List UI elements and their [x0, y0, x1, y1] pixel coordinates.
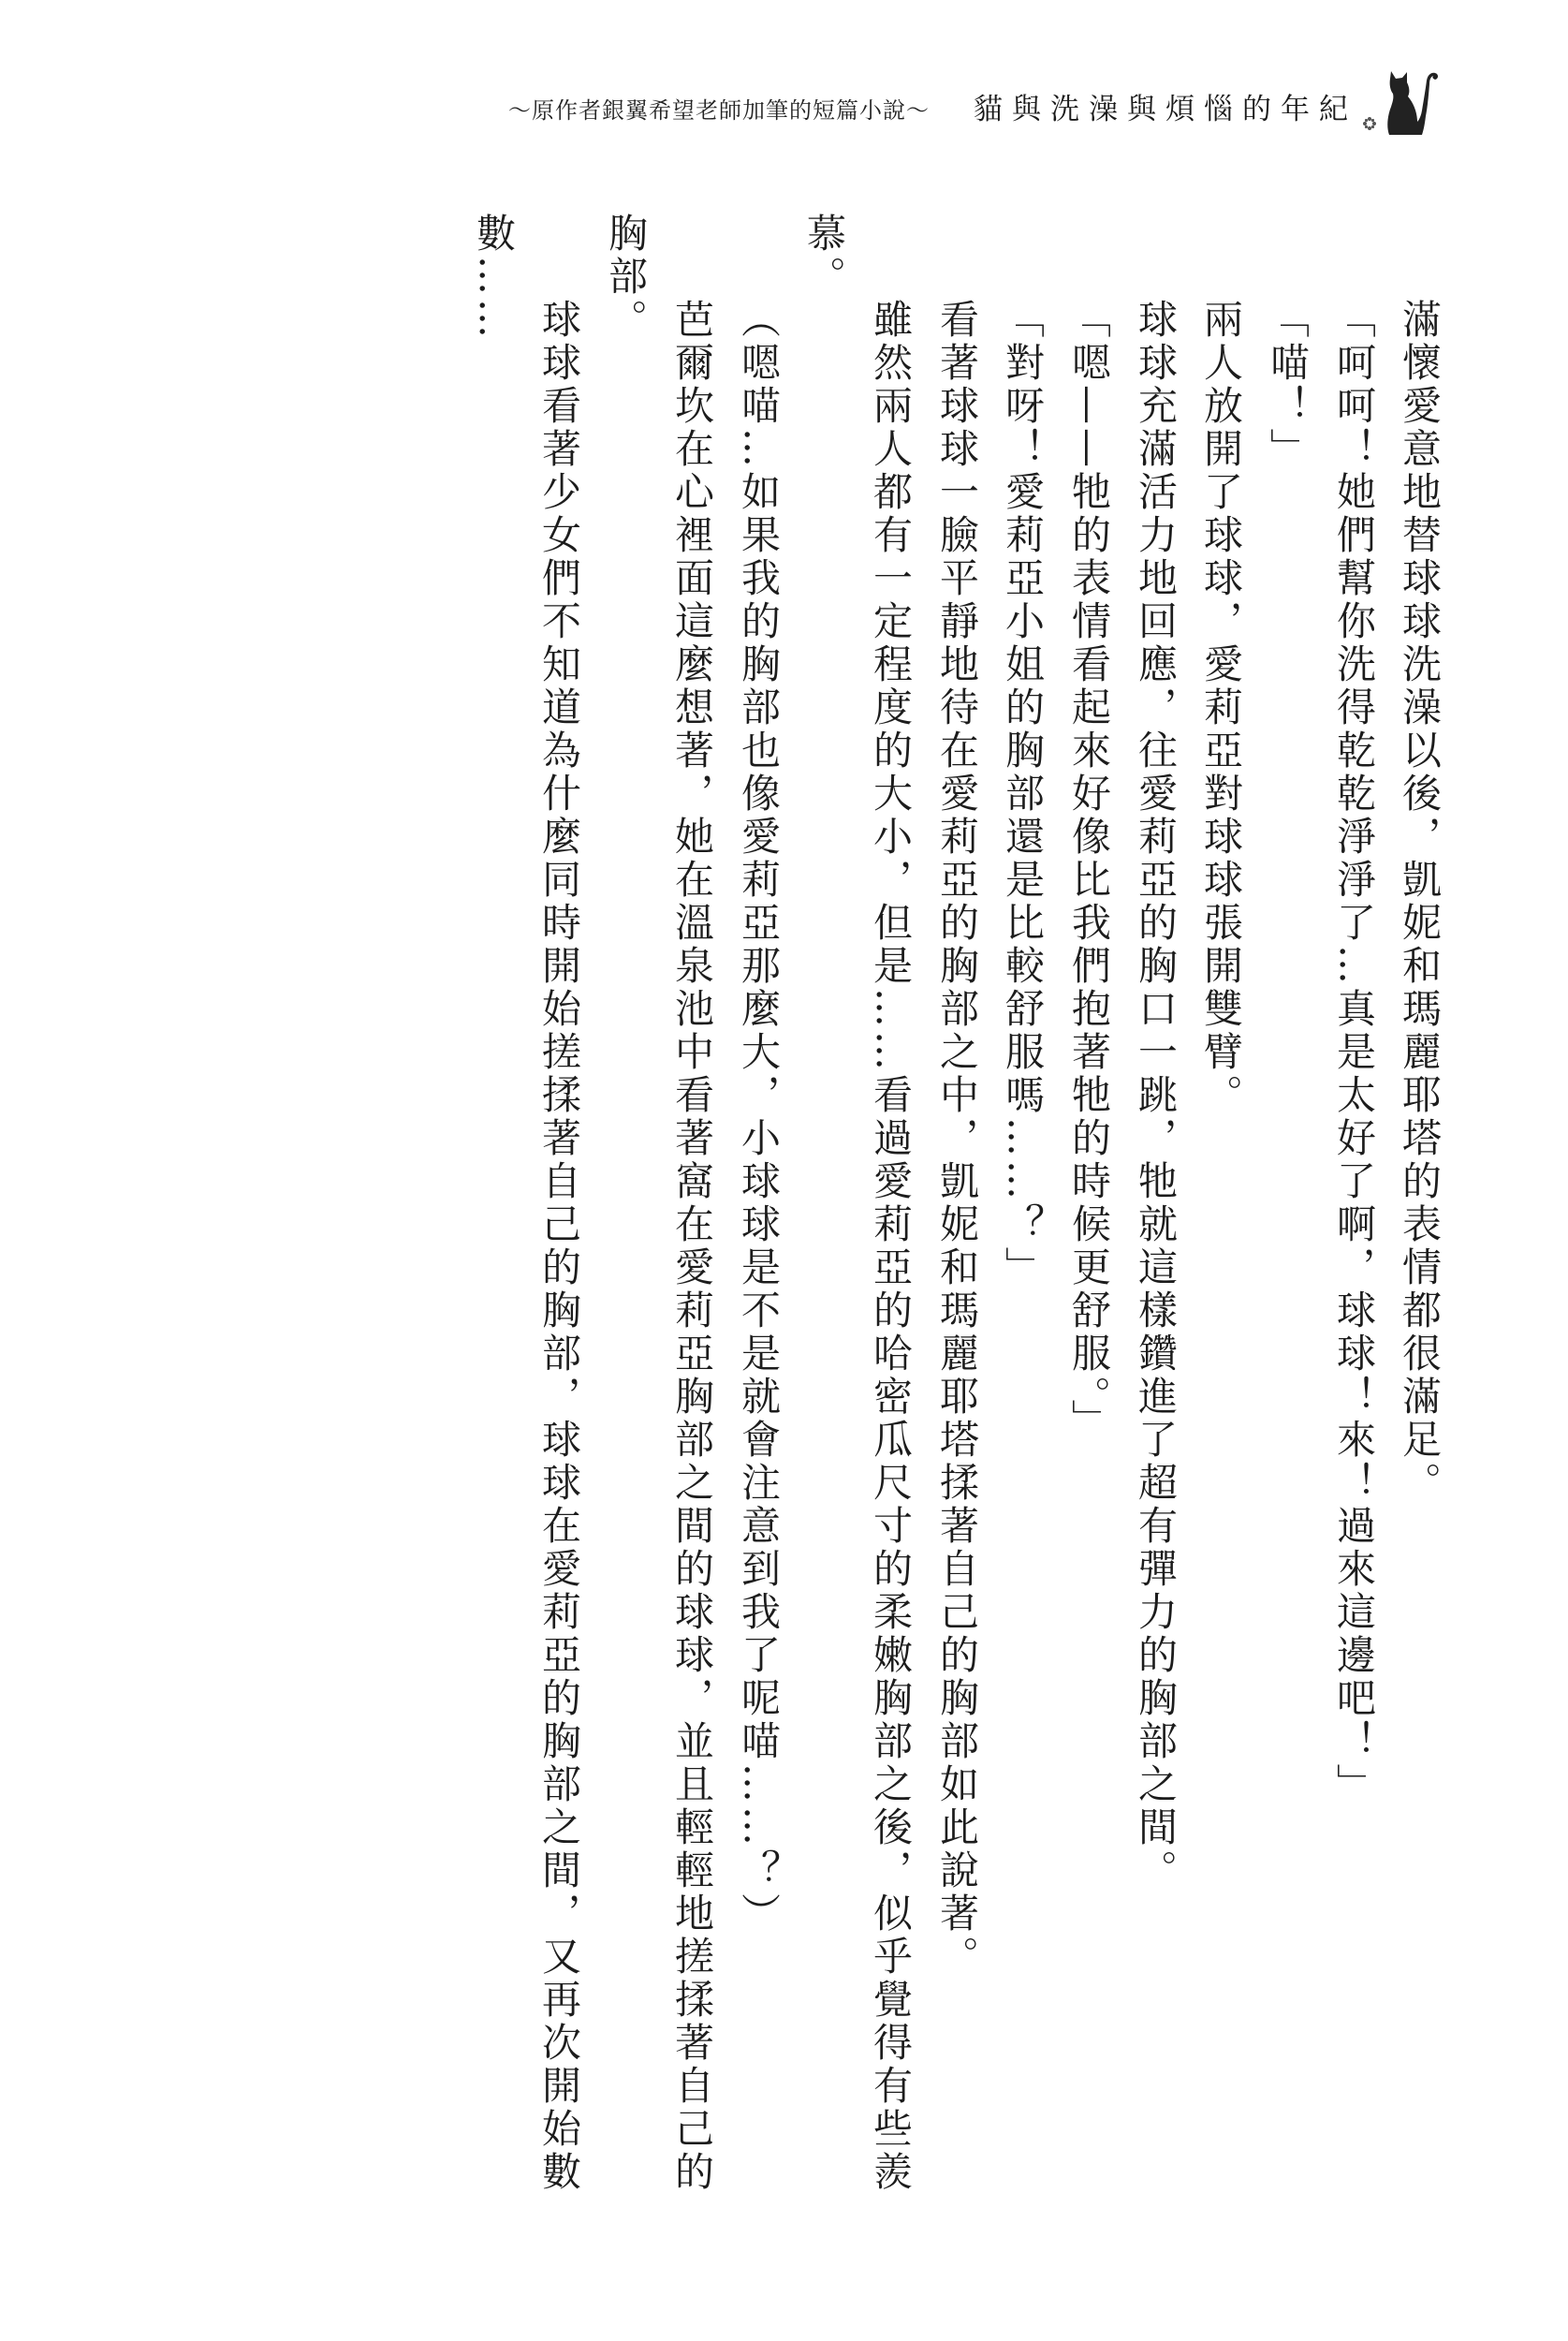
text-column-15: 數……	[461, 213, 527, 2194]
text-column-4: 兩人放開了球球，愛莉亞對球球張開雙臂。	[1188, 213, 1254, 2194]
running-header-title: 貓與洗澡與煩惱的年紀	[974, 91, 1357, 128]
text-column-2: 「呵呵！她們幫你洗得乾乾淨淨了…真是太好了啊，球球！來！過來這邊吧！」	[1321, 213, 1387, 2194]
text-column-11: （嗯喵…如果我的胸部也像愛莉亞那麼大，小球球是不是就會注意到我了呢喵……？）	[725, 213, 792, 2194]
running-header-subtitle: ～原作者銀翼希望老師加筆的短篇小說～	[508, 95, 930, 126]
text-column-8: 看著球球一臉平靜地待在愛莉亞的胸部之中，凱妮和瑪麗耶塔揉著自己的胸部如此說著。	[924, 213, 990, 2194]
text-column-12: 芭爾坎在心裡面這麼想著，她在溫泉池中看著窩在愛莉亞胸部之間的球球，並且輕輕地搓揉…	[659, 213, 725, 2194]
text-column-14: 球球看著少女們不知道為什麼同時開始搓揉著自己的胸部，球球在愛莉亞的胸部之間，又再…	[526, 213, 593, 2194]
flower-ornament-icon	[1362, 116, 1377, 131]
text-column-3: 「喵！」	[1254, 213, 1321, 2194]
text-column-5: 球球充滿活力地回應，往愛莉亞的胸口一跳，牠就這樣鑽進了超有彈力的胸部之間。	[1122, 213, 1189, 2194]
book-page: ～原作者銀翼希望老師加筆的短篇小說～ 貓與洗澡與煩惱的年紀	[0, 0, 1568, 2341]
text-column-10: 慕。	[791, 213, 857, 2194]
running-header: ～原作者銀翼希望老師加筆的短篇小說～ 貓與洗澡與煩惱的年紀	[0, 0, 1568, 169]
cat-silhouette-icon	[1382, 67, 1442, 137]
text-column-1: 滿懷愛意地替球球洗澡以後，凱妮和瑪麗耶塔的表情都很滿足。	[1386, 213, 1453, 2194]
text-column-7: 「對呀！愛莉亞小姐的胸部還是比較舒服嗎……？」	[989, 213, 1056, 2194]
text-column-9: 雖然兩人都有一定程度的大小，但是……看過愛莉亞的哈密瓜尺寸的柔嫩胸部之後，似乎覺…	[857, 213, 924, 2194]
text-column-13: 胸部。	[593, 213, 659, 2194]
text-column-6: 「嗯——牠的表情看起來好像比我們抱著牠的時候更舒服。」	[1056, 213, 1122, 2194]
